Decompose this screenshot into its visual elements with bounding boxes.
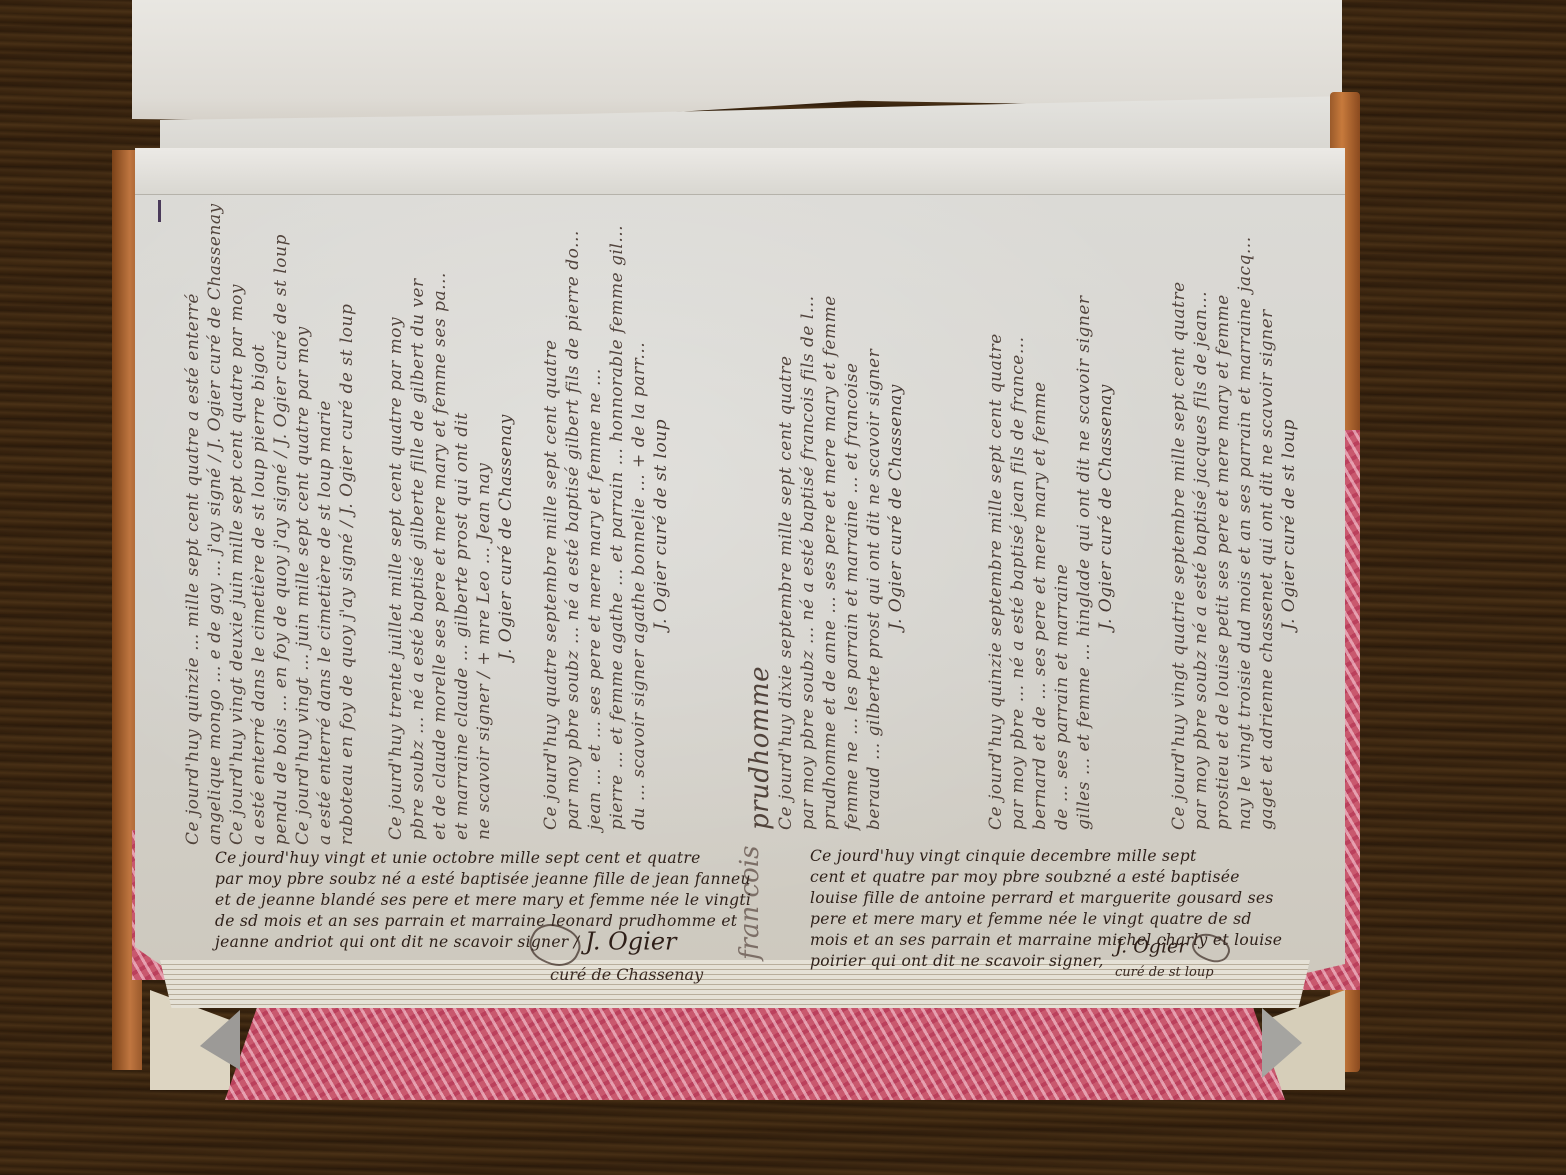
signature-title: curé de Chassenay <box>530 965 703 984</box>
signature-flourish-icon <box>1189 928 1234 968</box>
register-column-entry-july: Ce jourd'huy trente juillet mille sept c… <box>385 272 517 840</box>
margin-dash-mark <box>158 200 161 222</box>
signature-ogier: J. Ogier curé de Chassenay <box>495 272 517 840</box>
signature-ogier: J. Ogier curé de st loup <box>650 225 672 830</box>
page-top-fold <box>135 148 1345 195</box>
signature-ogier: J. Ogier curé de Chassenay <box>1095 295 1117 830</box>
signature-title: curé de st loup <box>1115 965 1214 980</box>
signature-ogier: J. Ogier curé de Chassenay <box>885 295 907 830</box>
register-column-entry-sept-4: Ce jourd'huy quatre septembre mille sept… <box>540 225 672 830</box>
signature-block-december: J. Ogier curé de st loup <box>1115 935 1230 980</box>
marbled-board-bottom <box>225 1008 1285 1100</box>
register-column-burials: Ce jourd'huy quinzie ... mille sept cent… <box>182 203 358 845</box>
signature-name: J. Ogier <box>585 928 676 956</box>
signature-ogier: J. Ogier curé de st loup <box>1278 236 1300 830</box>
margin-name-prudhomme: prudhomme <box>745 295 775 830</box>
register-column-entry-sept-24: Ce jourd'huy vingt quatrie septembre mil… <box>1168 236 1300 830</box>
signature-block-october: J. Ogier curé de Chassenay <box>530 925 703 984</box>
signature-name: J. Ogier <box>1115 936 1187 958</box>
register-column-entry-sept-15: Ce jourd'huy quinzie septembre mille sep… <box>985 295 1117 830</box>
register-column-entry-sept-10: prudhomme Ce jourd'huy dixie septembre m… <box>745 295 907 830</box>
